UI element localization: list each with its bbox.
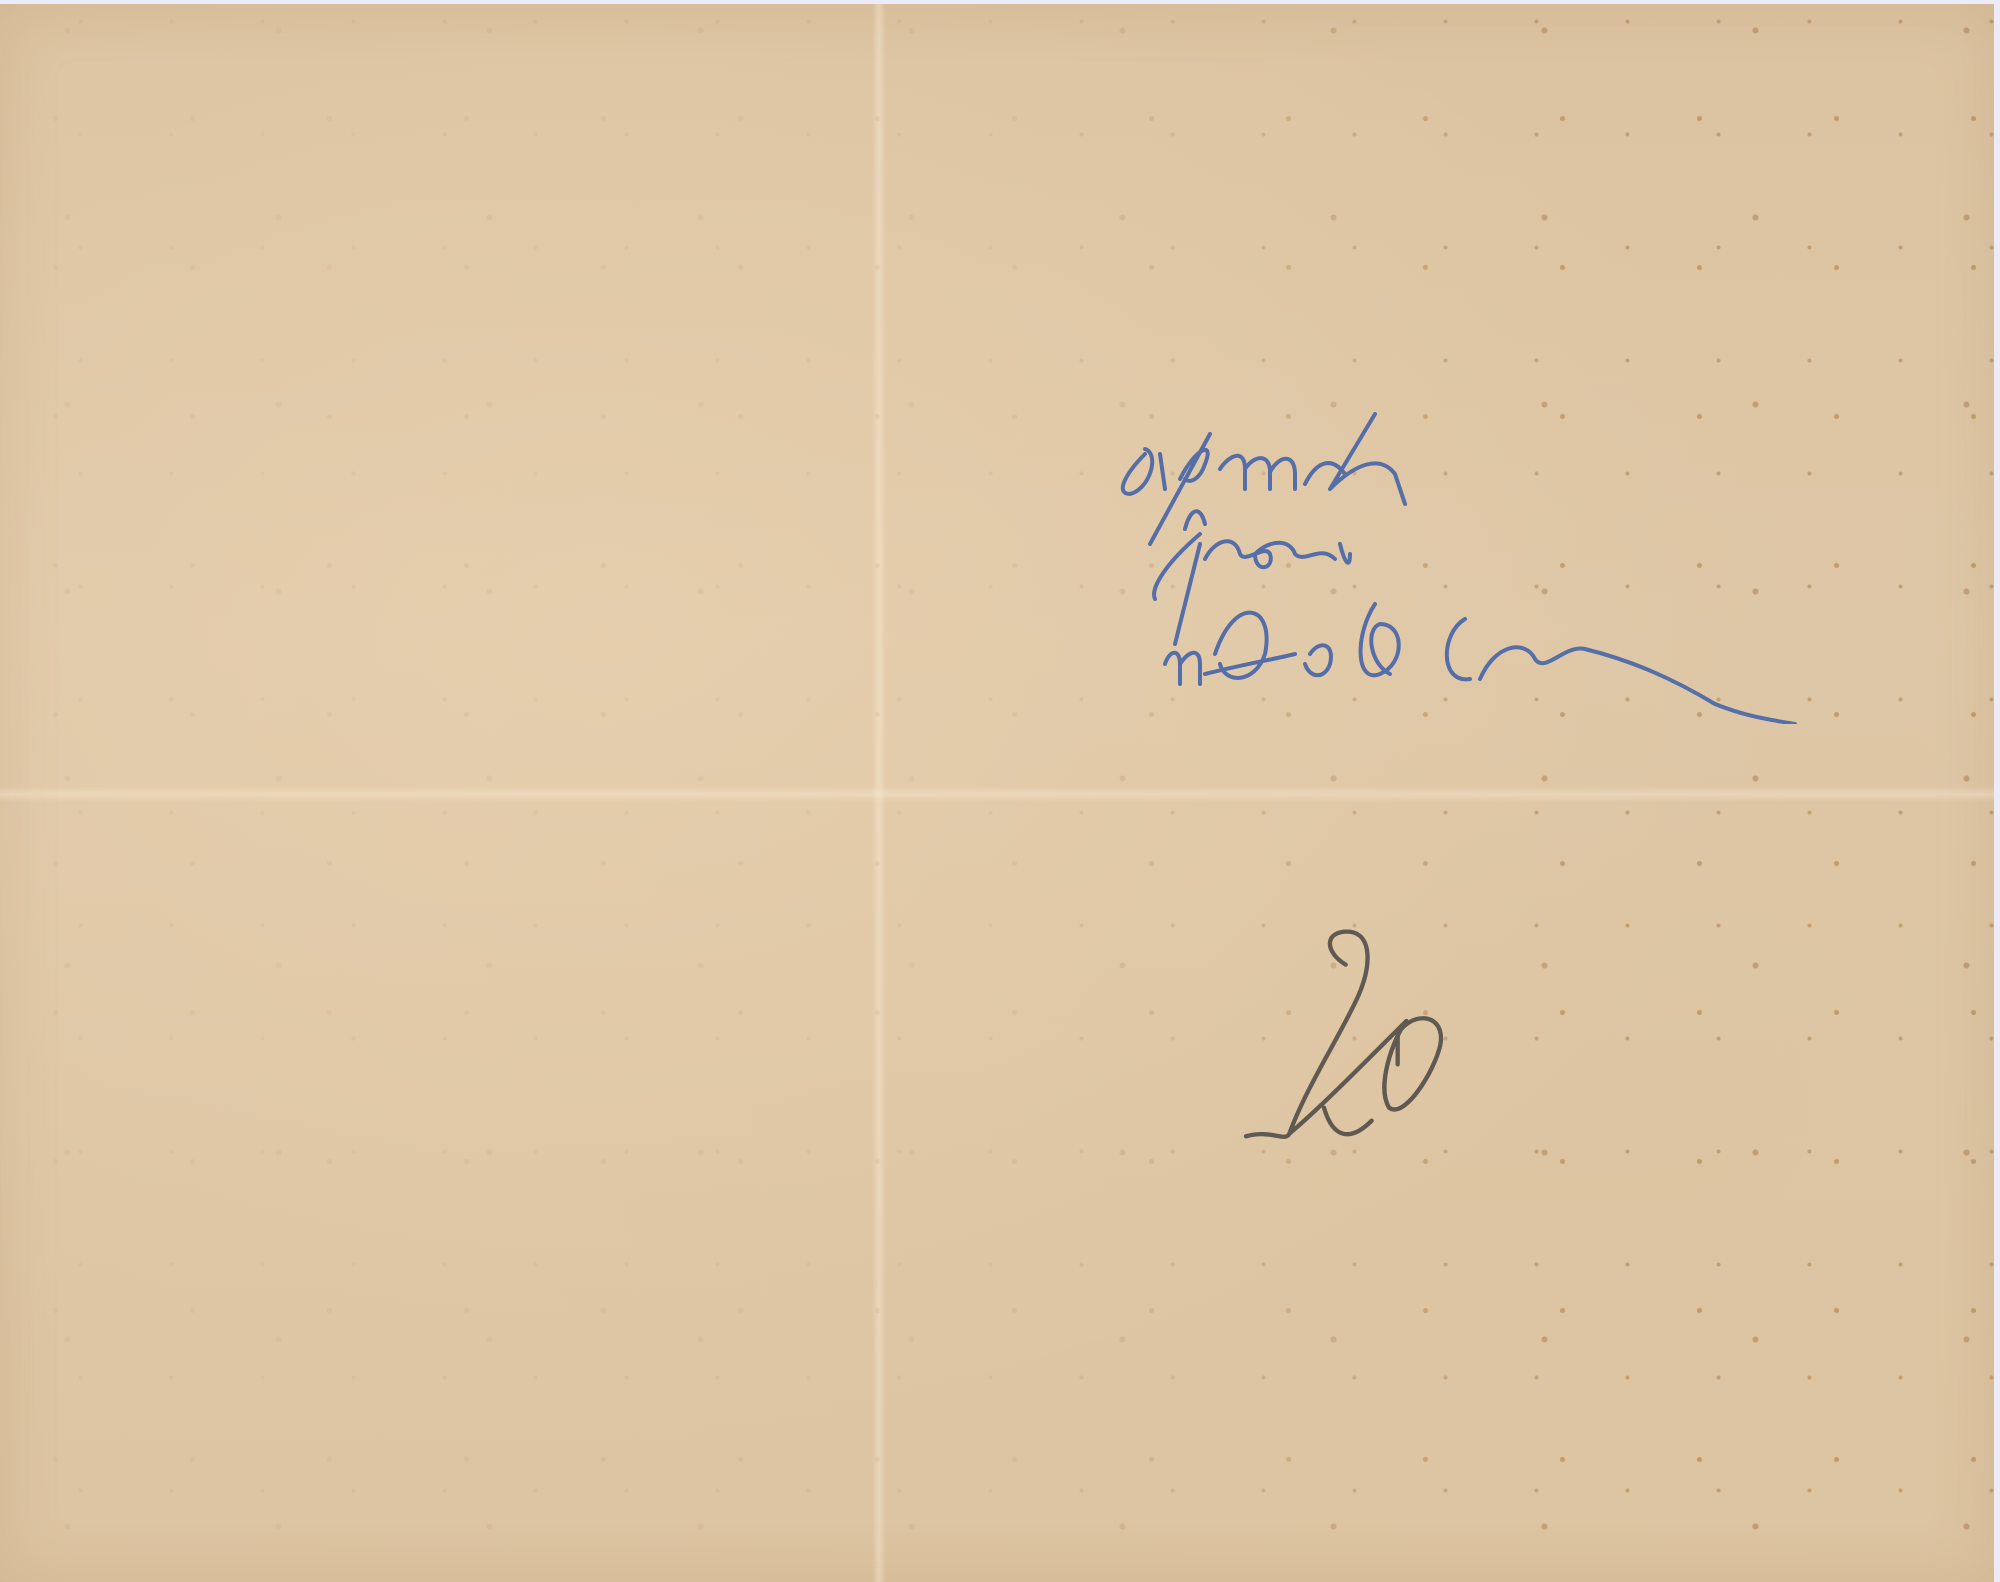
paper-sheet: appoint mayor m D. c D Cm 20 xyxy=(0,4,1994,1582)
page-number-annotation: 20 xyxy=(1220,904,1480,1164)
number-twenty-strokes xyxy=(1220,904,1480,1164)
handwritten-note: appoint mayor m D. c D Cm xyxy=(1105,394,1925,724)
foxing-spots xyxy=(0,4,1994,1582)
handwriting-strokes xyxy=(1105,394,1925,724)
